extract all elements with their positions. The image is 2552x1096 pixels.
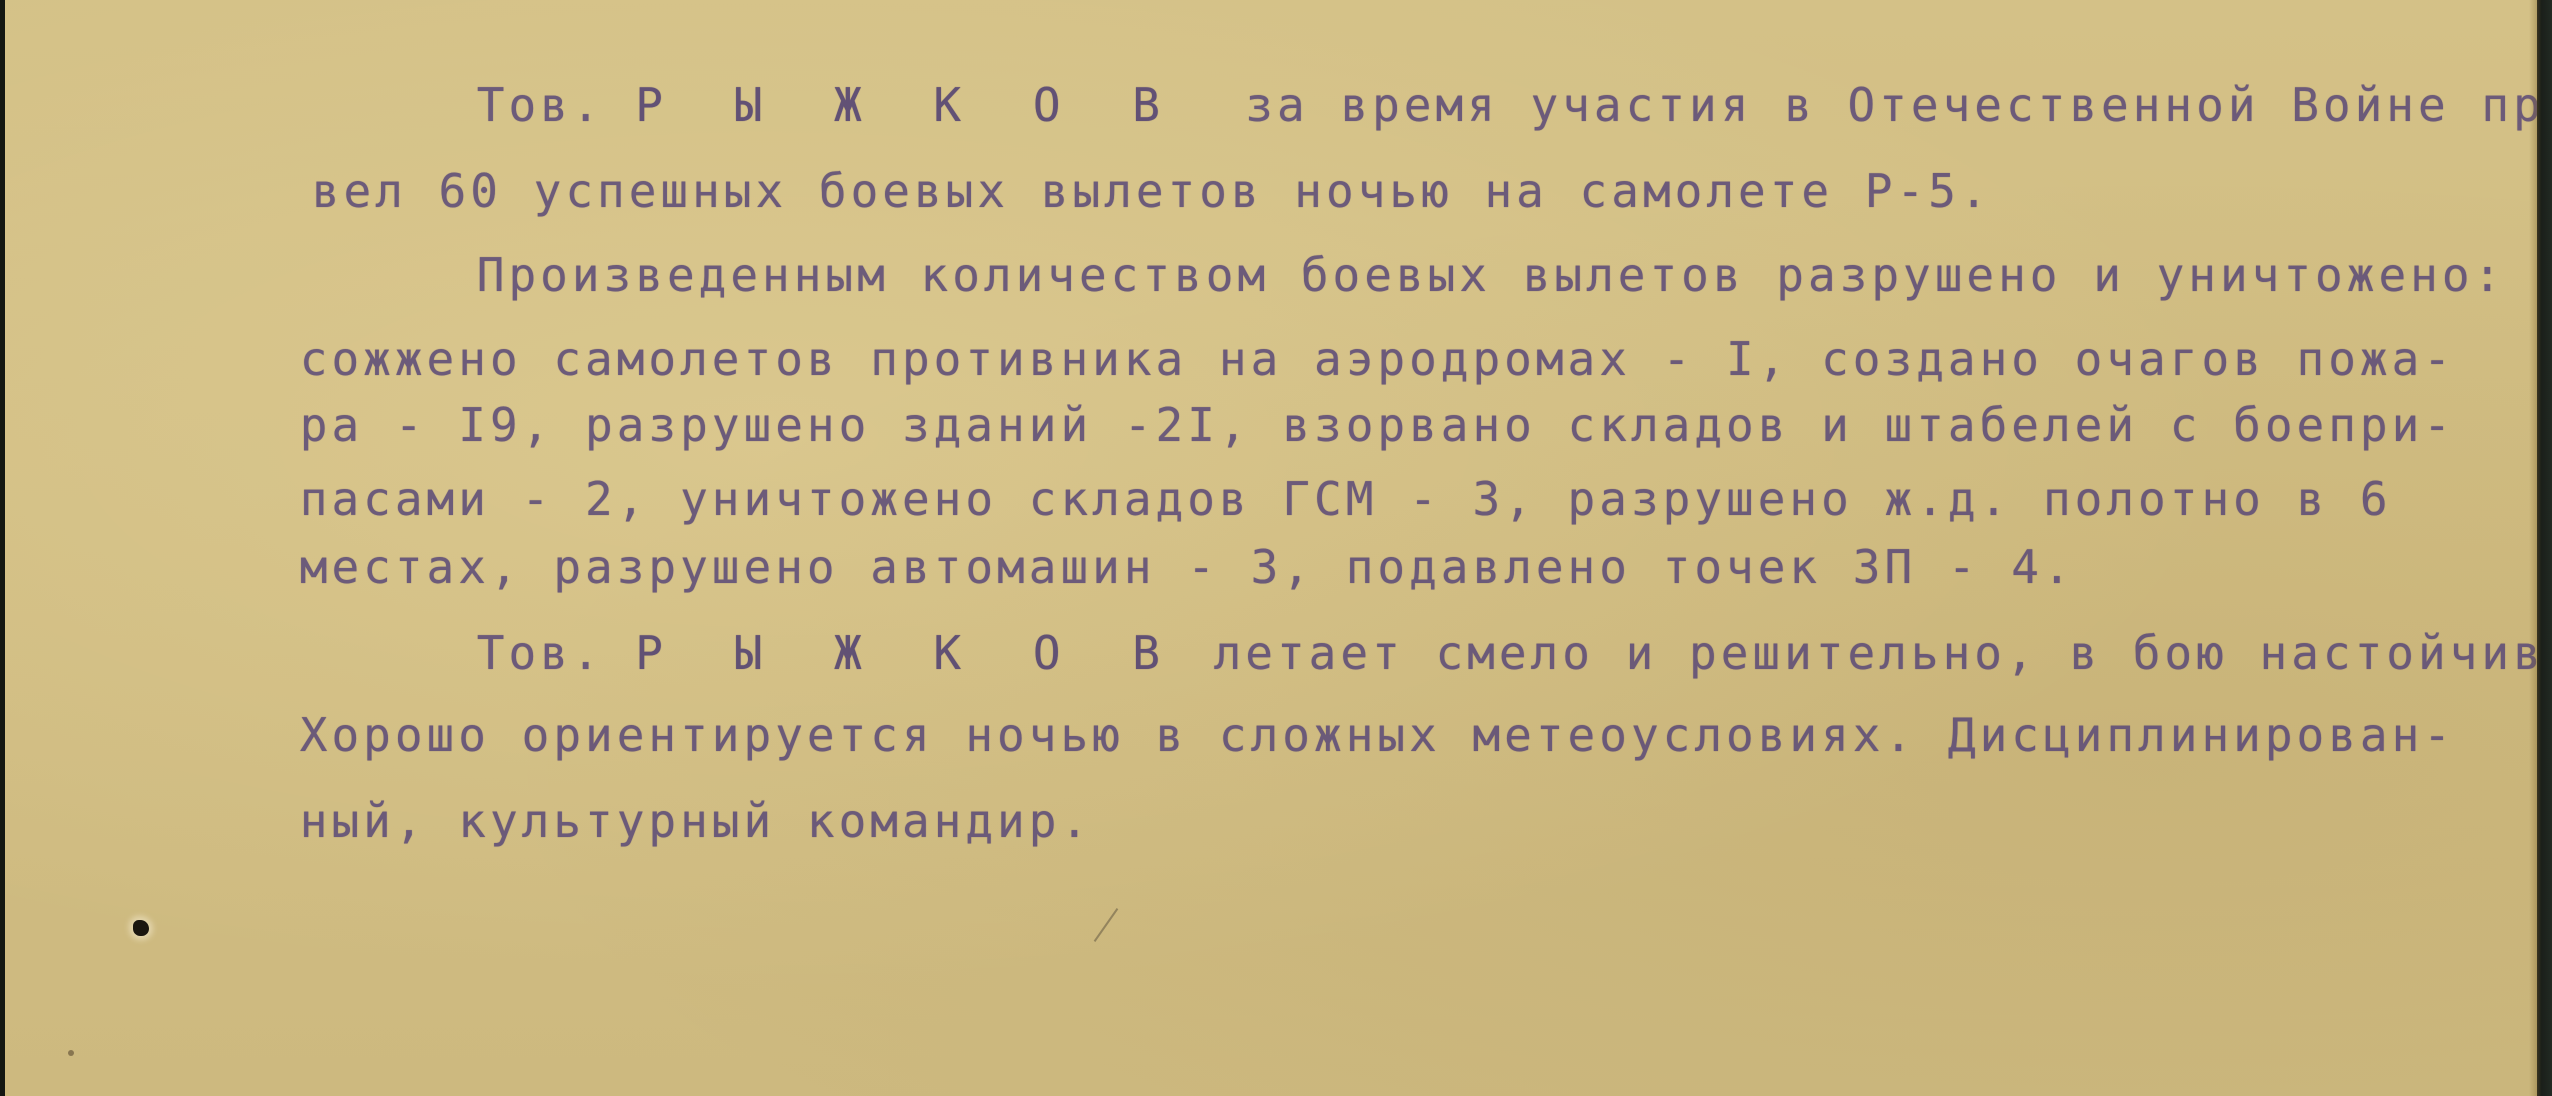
document-page: Тов. Р Ы Ж К О В за время участия в Отеч… <box>5 0 2537 1096</box>
punch-hole-mark <box>133 920 149 936</box>
paper-scratch <box>1094 908 1119 942</box>
scan-right-border <box>2537 0 2552 1096</box>
paper-speck <box>68 1050 74 1056</box>
line-10-text: ный, культурный командир. <box>300 794 1092 848</box>
text-line-10: ный, культурный командир. <box>173 752 1092 890</box>
